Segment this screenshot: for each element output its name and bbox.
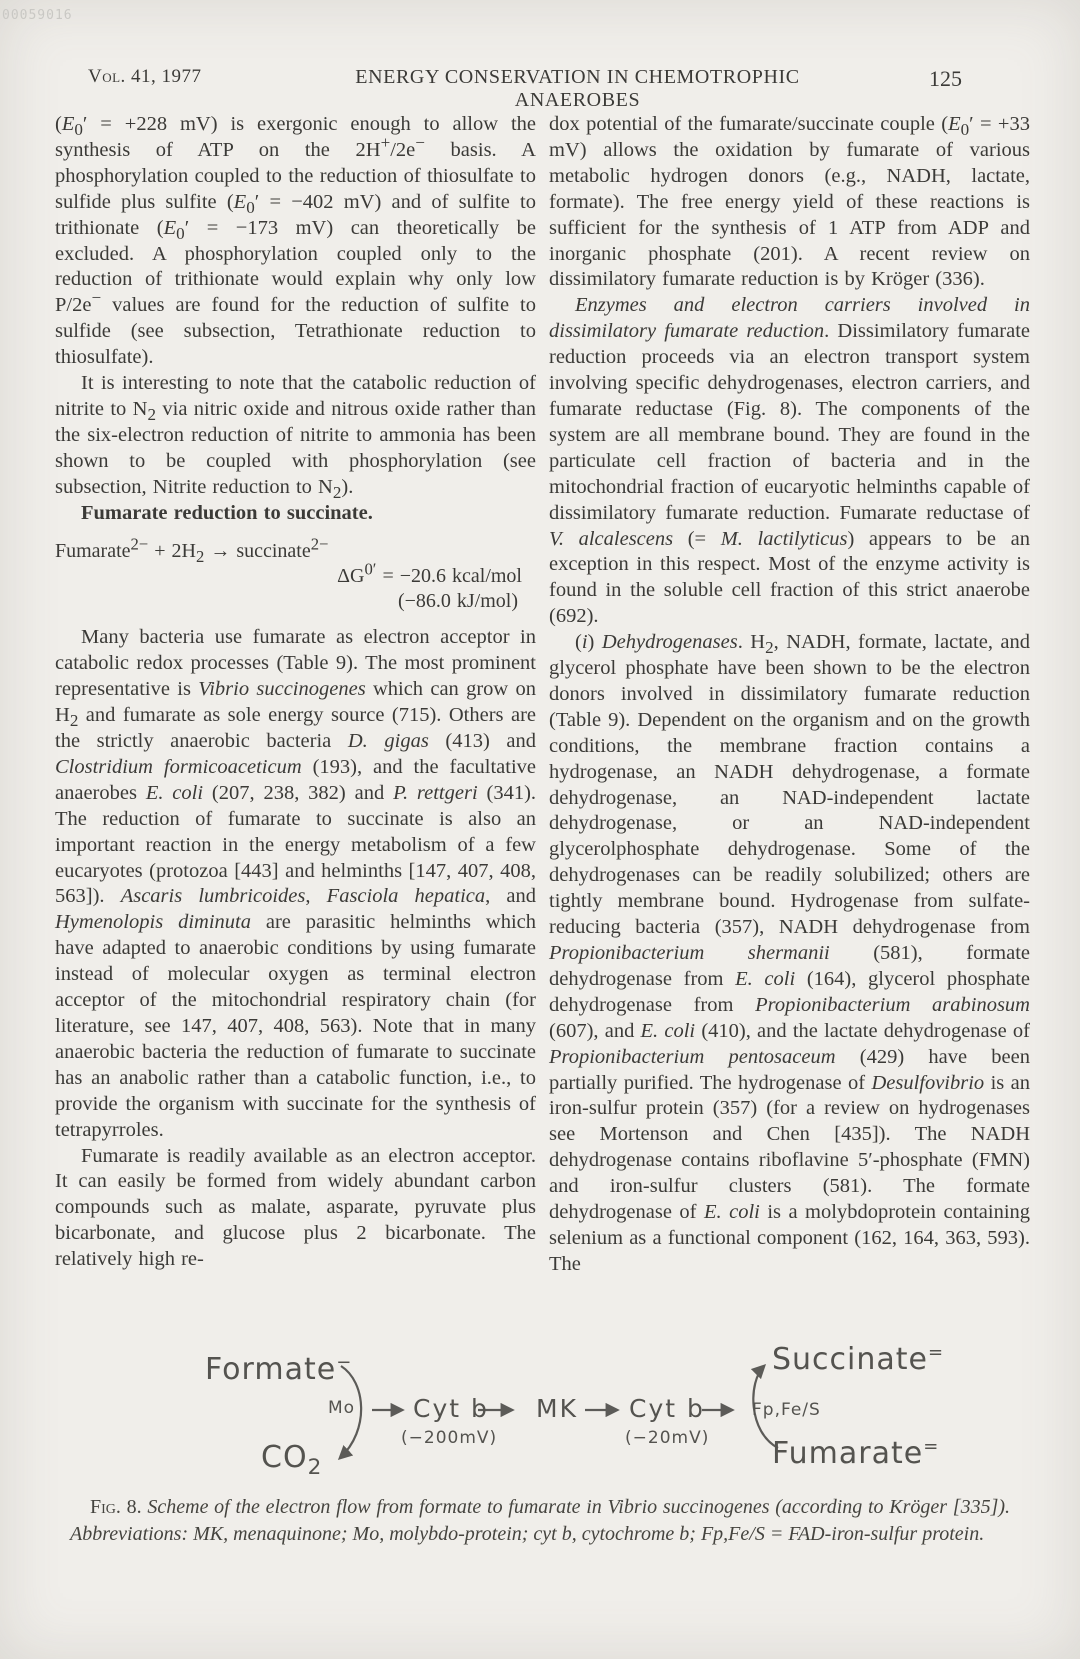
figure-caption: Fig. 8. Scheme of the electron flow from… (70, 1494, 1010, 1547)
cytb2-label: Cyt b (629, 1394, 705, 1423)
right-column: dox potential of the fumarate/succinate … (549, 112, 1030, 1278)
paragraph: Fumarate is readily available as an elec… (55, 1144, 536, 1274)
equation-line: Fumarate2− + 2H2 → succinate2− (55, 539, 536, 565)
running-title: ENERGY CONSERVATION IN CHEMOTROPHIC ANAE… (305, 66, 850, 112)
volume-label: Vol. 41, 1977 (88, 66, 202, 88)
body-text: (E0′ = +228 mV) is exergonic enough to a… (55, 112, 1030, 1278)
co2-label: CO2 (261, 1440, 322, 1475)
succinate-label: Succinate= (772, 1342, 944, 1377)
fumarate-label: Fumarate= (772, 1436, 939, 1471)
paragraph: (i) Dehydrogenases. H2, NADH, formate, l… (549, 630, 1030, 1278)
formate-label: Formate− (205, 1352, 352, 1387)
paragraph: (E0′ = +228 mV) is exergonic enough to a… (55, 112, 536, 371)
scan-number: 00059016 (2, 8, 73, 23)
paragraph: dox potential of the fumarate/succinate … (549, 112, 1030, 293)
page-header: Vol. 41, 1977 ENERGY CONSERVATION IN CHE… (55, 66, 1030, 94)
paragraph: Enzymes and electron carriers involved i… (549, 293, 1030, 630)
mk-label: MK (536, 1394, 578, 1423)
paragraph: Many bacteria use fumarate as electron a… (55, 625, 536, 1143)
section-heading: Fumarate reduction to succinate. (55, 501, 536, 527)
mo-label: Mo (328, 1398, 355, 1418)
page-number: 125 (929, 66, 962, 92)
cytb2-potential: (−20mV) (625, 1428, 709, 1448)
cytb1-potential: (−200mV) (401, 1428, 497, 1448)
left-column: (E0′ = +228 mV) is exergonic enough to a… (55, 112, 536, 1278)
paragraph: It is interesting to note that the catab… (55, 371, 536, 501)
equation-line: (−86.0 kJ/mol) (55, 589, 536, 614)
equation-line: ΔG0′ = −20.6 kcal/mol (55, 564, 536, 589)
journal-page: 00059016 Vol. 41, 1977 ENERGY CONSERVATI… (0, 0, 1080, 1659)
fpfes-label: Fp,Fe/S (752, 1400, 821, 1420)
cytb1-label: Cyt b (413, 1394, 489, 1423)
